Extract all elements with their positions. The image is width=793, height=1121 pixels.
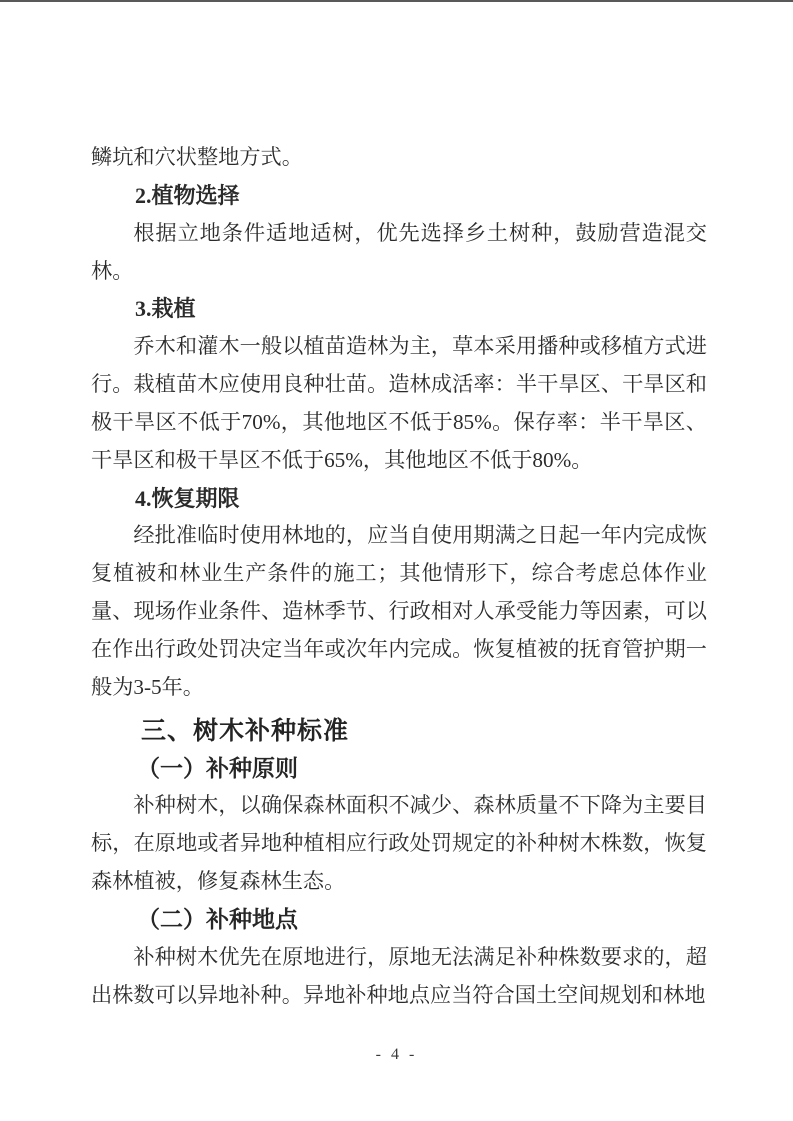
paragraph: 补种树木，以确保森林面积不减少、森林质量不下降为主要目标，在原地或者异地种植相应… (91, 787, 707, 901)
paragraph: 乔木和灌木一般以植苗造林为主，草本采用播种或移植方式进行。栽植苗木应使用良种壮苗… (91, 328, 707, 479)
document-page: 鳞坑和穴状整地方式。2.植物选择根据立地条件适地适树，优先选择乡土树种，鼓励营造… (0, 0, 793, 1121)
page-number: - 4 - (0, 1046, 793, 1064)
paragraph: 根据立地条件适地适树，优先选择乡土树种，鼓励营造混交林。 (91, 215, 707, 291)
document-body: 鳞坑和穴状整地方式。2.植物选择根据立地条件适地适树，优先选择乡土树种，鼓励营造… (91, 139, 707, 1014)
paragraph-continued: 鳞坑和穴状整地方式。 (91, 139, 707, 177)
paragraph: 经批准临时使用林地的，应当自使用期满之日起一年内完成恢复植被和林业生产条件的施工… (91, 517, 707, 706)
subsection-heading: （二）补种地点 (91, 901, 707, 939)
subsection-heading: （一）补种原则 (91, 750, 707, 788)
scan-edge-artifact (0, 0, 793, 2)
numbered-heading: 4.恢复期限 (91, 480, 707, 518)
numbered-heading: 3.栽植 (91, 290, 707, 328)
numbered-heading: 2.植物选择 (91, 177, 707, 215)
section-heading: 三、树木补种标准 (91, 712, 707, 750)
paragraph: 补种树木优先在原地进行，原地无法满足补种株数要求的，超出株数可以异地补种。异地补… (91, 939, 707, 1015)
